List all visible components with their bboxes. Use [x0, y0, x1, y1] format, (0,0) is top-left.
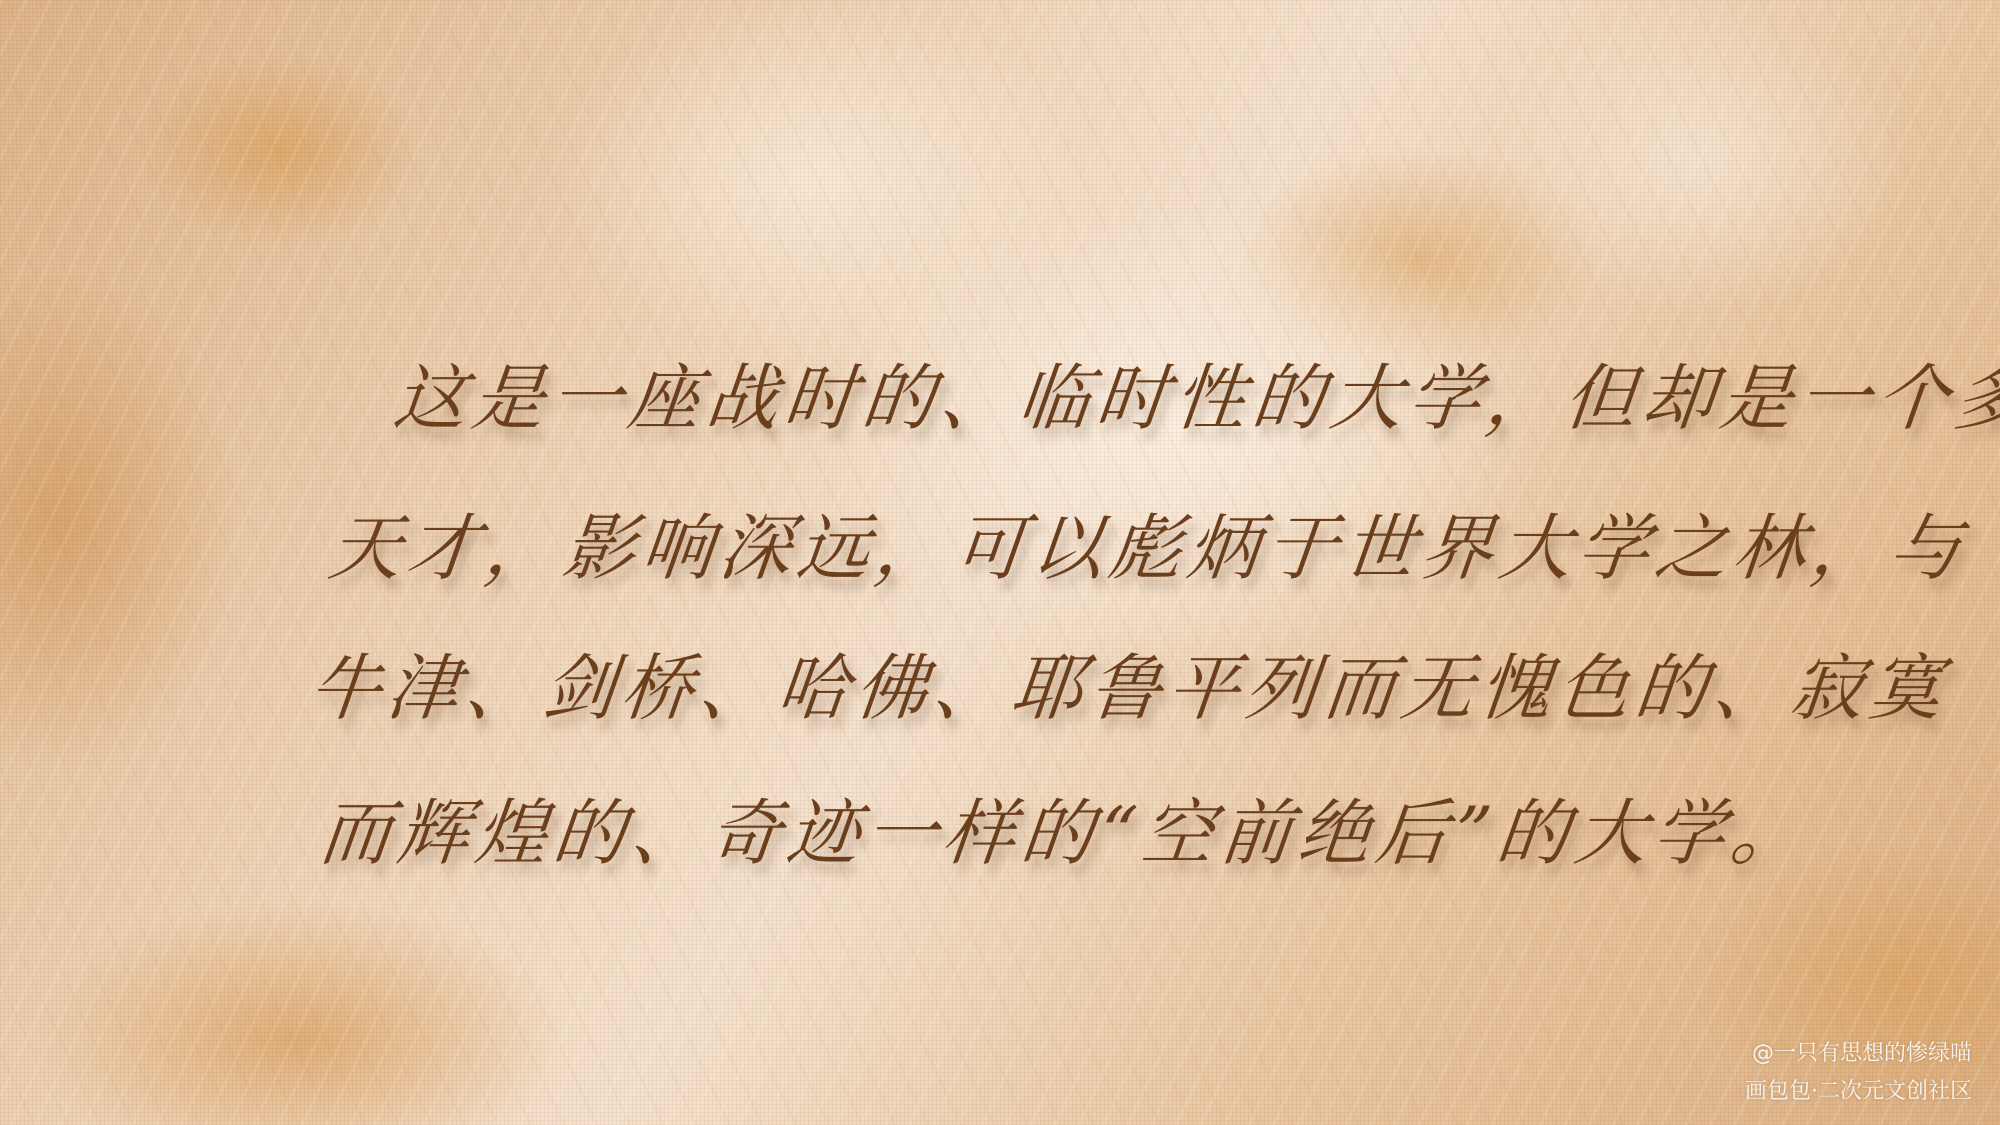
poem-line-4: 而辉煌的、奇迹一样的“空前绝后”的大学。	[315, 775, 1816, 879]
poem-line-3: 牛津、剑桥、哈佛、耶鲁平列而无愧色的、寂寞	[305, 630, 1954, 734]
poem-line-2: 天才，影响深远，可以彪炳于世界大学之林，与	[325, 490, 1974, 594]
poem-line-1: 这是一座战时的、临时性的大学，但却是一个多生	[390, 340, 2000, 444]
watermark: @一只有思想的惨绿喵 画包包·二次元文创社区	[1745, 1035, 1972, 1111]
calligraphy-poem: 这是一座战时的、临时性的大学，但却是一个多生 天才，影响深远，可以彪炳于世界大学…	[0, 0, 2000, 1125]
watermark-site: 画包包·二次元文创社区	[1745, 1073, 1972, 1111]
watermark-author: @一只有思想的惨绿喵	[1745, 1035, 1972, 1073]
canvas-background: 这是一座战时的、临时性的大学，但却是一个多生 天才，影响深远，可以彪炳于世界大学…	[0, 0, 2000, 1125]
